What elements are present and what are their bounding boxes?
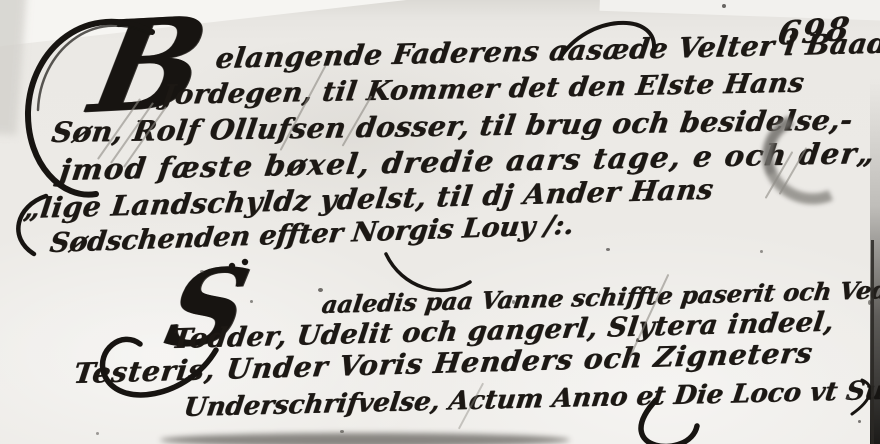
paper-speck: [318, 288, 323, 292]
scan-shadow-left: [0, 0, 27, 135]
manuscript-page: 698 B elangende Faderens aasæde Velter i…: [0, 0, 880, 444]
paper-speck: [760, 250, 763, 253]
paper-speck: [200, 270, 204, 273]
manuscript-line: Jordegen, til Kommer det den Elste Hans: [160, 68, 806, 111]
descender-swash: [386, 254, 470, 290]
paper-speck: [512, 300, 515, 304]
paper-speck: [250, 300, 253, 303]
paper-speck: [606, 248, 610, 251]
scan-edge-right-line: [871, 240, 874, 444]
paper-speck: [96, 432, 99, 435]
paper-speck: [858, 420, 861, 423]
scan-edge-bottom-smear: [160, 433, 570, 444]
paper-speck: [846, 396, 850, 400]
paper-speck: [722, 4, 726, 8]
